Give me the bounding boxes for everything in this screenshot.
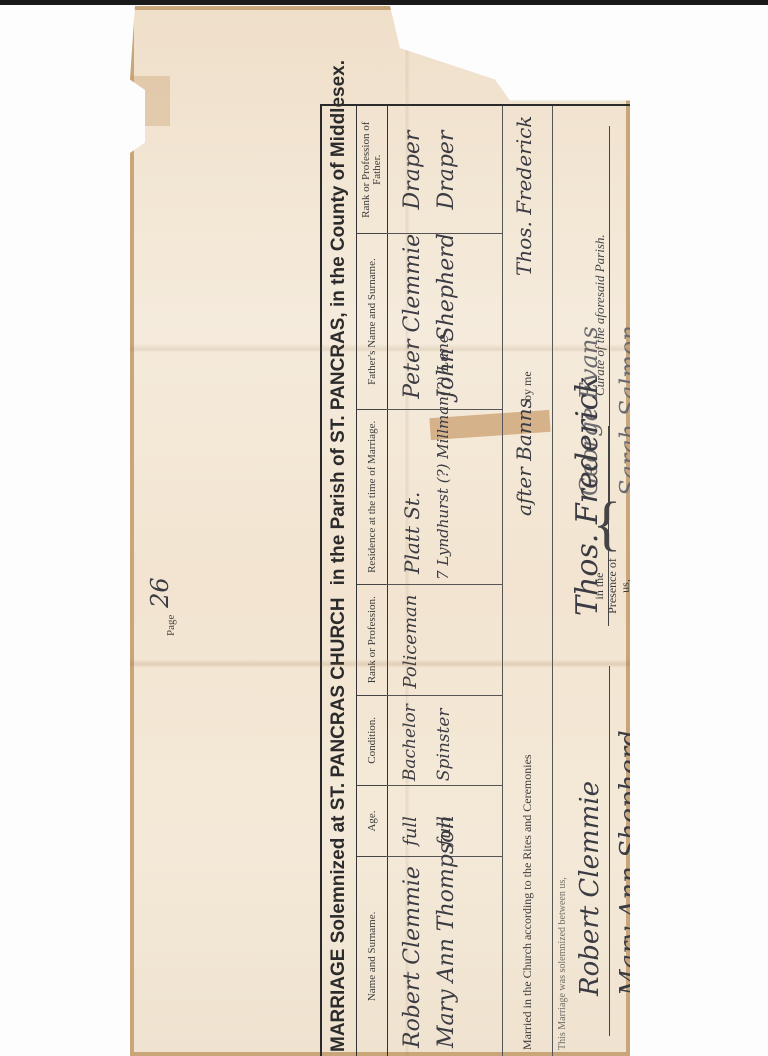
cert-year: 1861 bbox=[688, 144, 706, 176]
by-me-label: by me bbox=[520, 371, 535, 401]
bride-signature: Mary Ann Shepherd bbox=[615, 730, 645, 996]
groom-condition: Bachelor bbox=[400, 704, 420, 781]
bride-father-rank: Draper bbox=[434, 131, 459, 210]
certificate-paper: Page 26 MARRIAGE Solemnized at ST. PANCR… bbox=[130, 6, 630, 1056]
bride-age: full bbox=[434, 816, 455, 846]
header-age: Age. bbox=[357, 785, 387, 856]
column-headers: Name and Surname. Age. Condition. Rank o… bbox=[356, 106, 388, 1056]
witness-2-line bbox=[649, 126, 650, 506]
col-fathers-name: Peter Clemmie John Shepherd bbox=[386, 233, 502, 408]
header-rank: Rank or Profession. bbox=[357, 584, 387, 695]
certification-text: The above is a true Copy of the Register… bbox=[692, 506, 708, 1051]
groom-signature-line bbox=[609, 666, 610, 1036]
cert-day-label: day of bbox=[692, 299, 708, 331]
curate-signature-line bbox=[608, 426, 609, 626]
header-name: Name and Surname. bbox=[357, 856, 387, 1056]
curate-signature-block: Thos. Frederick Curate of the aforesaid … bbox=[570, 106, 620, 626]
title-church: MARRIAGE Solemnized at ST. PANCRAS CHURC… bbox=[328, 597, 350, 1052]
curate-label: Curate of the aforesaid Parish. bbox=[592, 234, 608, 396]
groom-father-rank: Draper bbox=[400, 131, 425, 210]
cert-day: 5 bbox=[684, 342, 709, 356]
bride-father: John Shepherd bbox=[434, 233, 459, 399]
groom-name: Robert Clemmie bbox=[400, 866, 425, 1048]
header-condition: Condition. bbox=[357, 695, 387, 786]
bride-signature-line bbox=[649, 666, 650, 1036]
certification-row: The above is a true Copy of the Register… bbox=[678, 106, 720, 1056]
title-parish: in the Parish of ST. PANCRAS, in the Cou… bbox=[328, 60, 350, 585]
groom-father: Peter Clemmie bbox=[400, 234, 425, 399]
certificate-title: MARRIAGE Solemnized at ST. PANCRAS CHURC… bbox=[322, 106, 356, 1056]
solemnized-between-label: This Marriage was solemnized between us, bbox=[557, 877, 568, 1050]
col-residence: Platt St. 7 Lyndhurst (?) Millman(?) Lan… bbox=[386, 409, 502, 584]
groom-age: full bbox=[400, 816, 421, 846]
curate-signature: Thos. Frederick bbox=[570, 375, 605, 616]
page-number: 26 bbox=[146, 577, 174, 608]
married-prefix: Married in the Church according to the R… bbox=[520, 754, 535, 1050]
after-banns: after Banns bbox=[512, 398, 536, 516]
torn-corner bbox=[130, 76, 170, 126]
header-residence: Residence at the time of Marriage. bbox=[357, 409, 387, 584]
cert-month: Sept bbox=[684, 220, 709, 271]
col-name: Robert Clemmie Mary Ann Thompson bbox=[386, 856, 502, 1056]
header-fathers-name: Father's Name and Surname. bbox=[357, 233, 387, 408]
header-fathers-rank: Rank or Profession of Father. bbox=[357, 106, 387, 233]
register-entries: Robert Clemmie Mary Ann Thompson full fu… bbox=[386, 106, 503, 1056]
groom-rank: Policeman bbox=[400, 595, 421, 689]
col-rank: Policeman bbox=[386, 584, 502, 695]
groom-residence: Platt St. bbox=[400, 492, 424, 574]
col-condition: Bachelor Spinster bbox=[386, 695, 502, 786]
col-fathers-rank: Draper Draper bbox=[386, 106, 502, 233]
groom-signature: Robert Clemmie bbox=[575, 781, 605, 996]
certificate-canvas: Page 26 MARRIAGE Solemnized at ST. PANCR… bbox=[0, 0, 768, 1056]
page-label: Page 26 bbox=[152, 581, 180, 636]
officiant-signature: Thos. Frederick bbox=[512, 116, 536, 276]
col-age: full full bbox=[386, 785, 502, 856]
bride-condition: Spinster bbox=[434, 708, 454, 781]
cert-by-me: by me bbox=[692, 95, 708, 126]
married-in-church-row: Married in the Church according to the R… bbox=[502, 106, 552, 1056]
